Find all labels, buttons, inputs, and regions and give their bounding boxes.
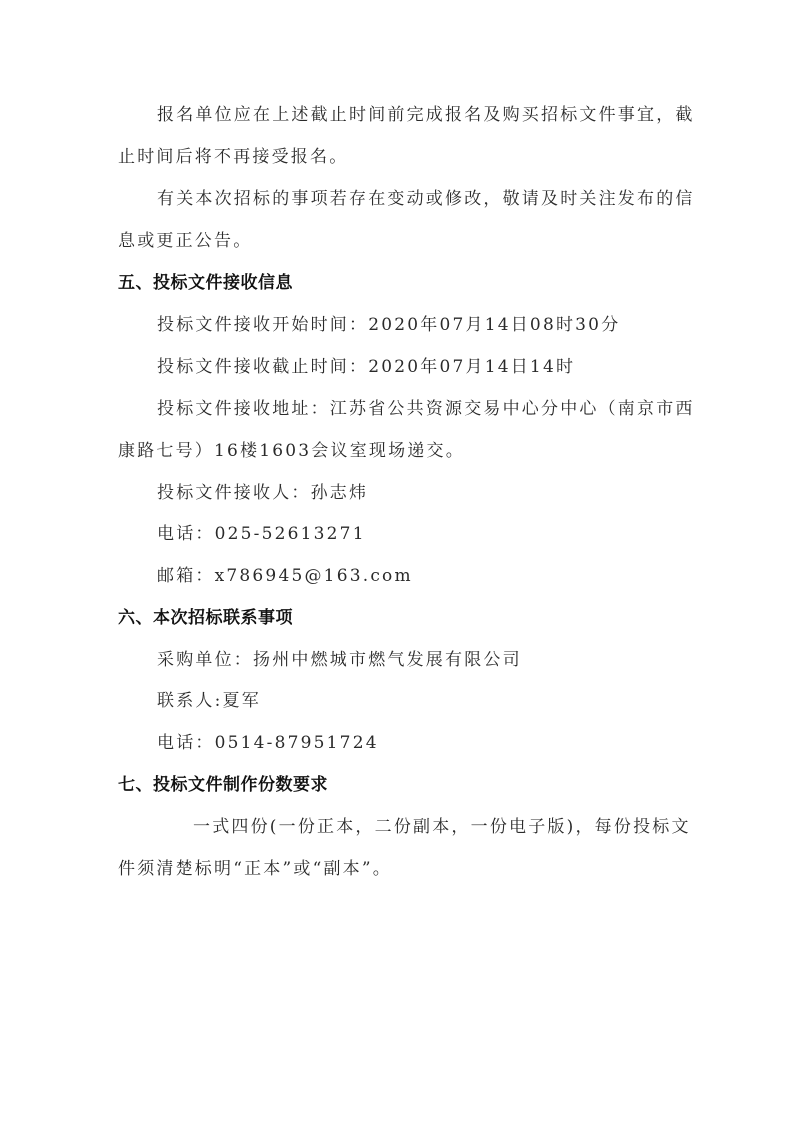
paragraph-registration-line2: 止时间后将不再接受报名。	[118, 146, 348, 168]
contact-person: 联系人:夏军	[157, 690, 261, 712]
receiver-email: 邮箱：x786945@163.com	[157, 565, 413, 587]
buyer-unit: 采购单位：扬州中燃城市燃气发展有限公司	[157, 649, 522, 671]
contact-phone: 电话：0514-87951724	[157, 732, 379, 754]
section5-heading: 五、投标文件接收信息	[118, 272, 293, 294]
paragraph-changes-line2: 息或更正公告。	[118, 230, 252, 252]
bid-receiver: 投标文件接收人：孙志炜	[157, 482, 368, 504]
document-page: 报名单位应在上述截止时间前完成报名及购买招标文件事宜，截 止时间后将不再接受报名…	[0, 0, 793, 1122]
section6-heading: 六、本次招标联系事项	[118, 607, 293, 629]
bid-receive-start-time: 投标文件接收开始时间：2020年07月14日08时30分	[157, 314, 620, 336]
copies-requirement-line2: 件须清楚标明“正本”或“副本”。	[118, 858, 392, 880]
copies-requirement-line1: 一式四份(一份正本，二份副本，一份电子版)，每份投标文	[193, 816, 691, 838]
paragraph-changes-line1: 有关本次招标的事项若存在变动或修改，敬请及时关注发布的信	[157, 188, 695, 210]
bid-receive-address-line1: 投标文件接收地址：江苏省公共资源交易中心分中心（南京市西	[157, 398, 695, 420]
bid-receive-address-line2: 康路七号）16楼1603会议室现场递交。	[118, 440, 465, 462]
section7-heading: 七、投标文件制作份数要求	[118, 774, 328, 796]
bid-receive-end-time: 投标文件接收截止时间：2020年07月14日14时	[157, 356, 575, 378]
paragraph-registration-line1: 报名单位应在上述截止时间前完成报名及购买招标文件事宜，截	[157, 104, 695, 126]
receiver-phone: 电话：025-52613271	[157, 523, 366, 545]
